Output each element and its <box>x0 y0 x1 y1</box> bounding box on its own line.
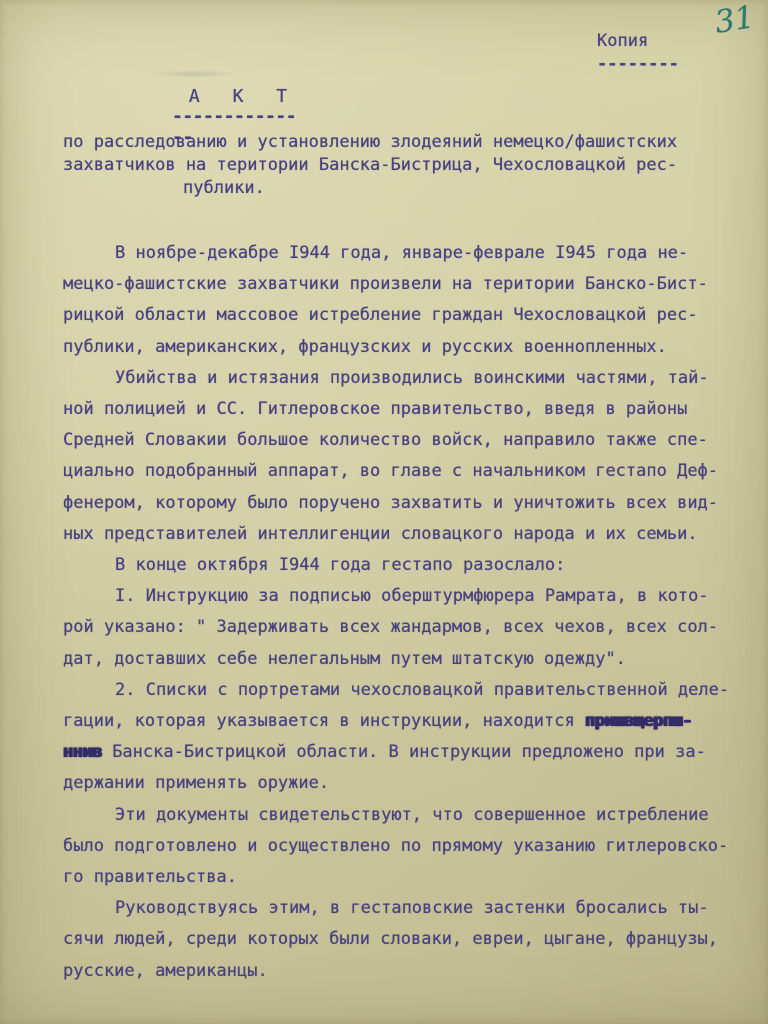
typed-text: ных представителей интеллигенции словацк… <box>63 524 698 544</box>
text-line: циально подобранный аппарат, во главе с … <box>63 456 733 487</box>
text-line: Средней Словакии большое количество войс… <box>63 425 733 456</box>
typed-text: было подготовлено и осуществлено по прям… <box>63 836 728 856</box>
typed-text: циально подобранный аппарат, во главе с … <box>63 461 718 481</box>
subtitle-line: захватчиков на територии Банска-Бистрица… <box>63 154 728 177</box>
text-line: сячи людей, среди которых были словаки, … <box>63 924 733 955</box>
text-line: ннив Банска-Бистрицкой области. В инстру… <box>63 737 733 768</box>
typed-text: Средней Словакии большое количество войс… <box>63 430 708 450</box>
text-line: было подготовлено и осуществлено по прям… <box>63 831 733 862</box>
typed-text: дат, доставших себе нелегальным путем шт… <box>63 649 626 669</box>
typed-text: 2. Списки с портретами чехословацкой пра… <box>115 680 729 700</box>
typed-text: держании применять оружие. <box>63 773 329 793</box>
subtitle-line: публики. <box>63 177 728 200</box>
text-line: I. Инструкцию за подписью оберштурмфюрер… <box>63 581 733 612</box>
document-subtitle: по расследованию и установлению злодеяни… <box>63 131 728 200</box>
typed-text: В конце октября I944 года гестапо разосл… <box>115 555 565 575</box>
copy-label-block: Копия -------- <box>597 31 679 74</box>
text-line: публики, американских, французских и рус… <box>63 332 733 363</box>
typed-text: В ноябре-декабре I944 года, январе-февра… <box>115 243 688 263</box>
scanned-document-page: 31 Копия -------- А К Т -------------- п… <box>0 0 768 1024</box>
typed-text: публики, американских, французских и рус… <box>63 337 667 357</box>
typed-text: I. Инструкцию за подписью оберштурмфюрер… <box>115 586 709 606</box>
typed-text: мецко-фашистские захватчики произвели на… <box>63 274 708 294</box>
text-line: русские, американцы. <box>63 956 733 987</box>
text-line: держании применять оружие. <box>63 768 733 799</box>
typed-text: го правительства. <box>63 867 237 887</box>
document-body: В ноябре-декабре I944 года, январе-февра… <box>63 238 733 987</box>
text-line: ной полицией и СС. Гитлеровское правител… <box>63 394 733 425</box>
typed-text: Убийства и истязания производились воинс… <box>115 368 709 388</box>
copy-label-underline: -------- <box>597 54 679 74</box>
copy-label: Копия <box>597 31 679 51</box>
overstruck-text: пришвщерпш- <box>585 711 692 731</box>
text-line: рой указано: " Задерживать всех жандармо… <box>63 612 733 643</box>
typed-text: ной полицией и СС. Гитлеровское правител… <box>63 399 687 419</box>
text-line: фенером, которому было поручено захватит… <box>63 488 733 519</box>
text-line: Руководствуясь этим, в гестаповские заст… <box>63 893 733 924</box>
text-line: В конце октября I944 года гестапо разосл… <box>63 550 733 581</box>
text-line: В ноябре-декабре I944 года, январе-февра… <box>63 238 733 269</box>
document-title: А К Т <box>172 86 304 107</box>
text-line: Эти документы свидетельствуют, что совер… <box>63 800 733 831</box>
text-line: гации, которая указывается в инструкции,… <box>63 706 733 737</box>
typed-text: сячи людей, среди которых были словаки, … <box>63 929 718 949</box>
text-line: мецко-фашистские захватчики произвели на… <box>63 269 733 300</box>
overstruck-text: ннив <box>63 742 102 762</box>
text-line: Убийства и истязания производились воинс… <box>63 363 733 394</box>
typed-text: Руководствуясь этим, в гестаповские заст… <box>115 898 709 918</box>
text-line: рицкой области массовое истребление граж… <box>63 300 733 331</box>
typed-text: гации, которая указывается в инструкции,… <box>63 711 585 731</box>
text-line: го правительства. <box>63 862 733 893</box>
typed-text: Эти документы свидетельствуют, что совер… <box>115 805 709 825</box>
subtitle-line: по расследованию и установлению злодеяни… <box>63 131 728 154</box>
typed-text: рой указано: " Задерживать всех жандармо… <box>63 617 718 637</box>
ink-smudge <box>150 70 240 78</box>
typed-text: рицкой области массовое истребление граж… <box>63 305 698 325</box>
handwritten-page-number: 31 <box>712 0 757 41</box>
text-line: дат, доставших себе нелегальным путем шт… <box>63 644 733 675</box>
typed-text: фенером, которому было поручено захватит… <box>63 493 718 513</box>
text-line: 2. Списки с портретами чехословацкой пра… <box>63 675 733 706</box>
text-line: ных представителей интеллигенции словацк… <box>63 519 733 550</box>
typed-text: Банска-Бистрицкой области. В инструкции … <box>102 742 706 762</box>
typed-text: русские, американцы. <box>63 961 268 981</box>
